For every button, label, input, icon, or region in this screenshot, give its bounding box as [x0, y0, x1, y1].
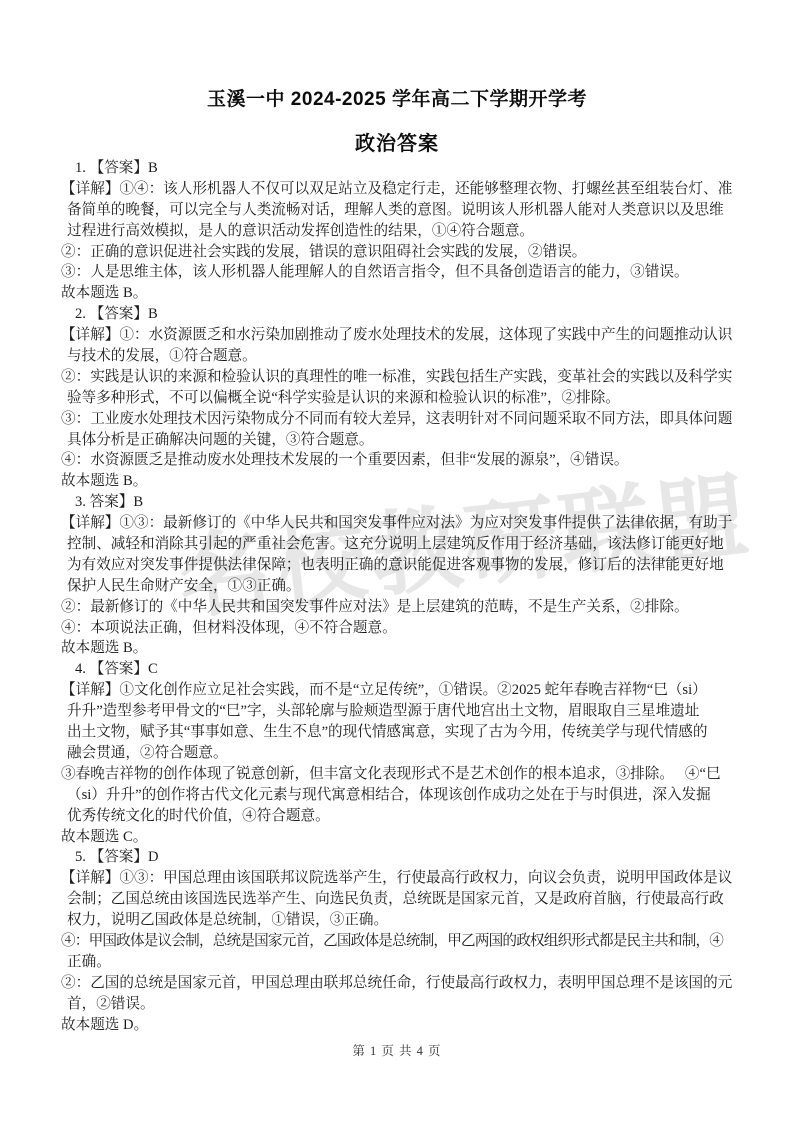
- text-line: 保护人民生命财产安全，①③正确。: [61, 576, 739, 597]
- text-line: 过程进行高效模拟，是人的意识活动发挥创造性的结果，①④符合题意。: [61, 221, 739, 242]
- text-line: 会制；乙国总统由该国选民选举产生、向选民负责，总统既是国家元首，又是政府首脑，行…: [61, 889, 739, 910]
- text-line: 与技术的发展，①符合题意。: [61, 346, 739, 367]
- document-page: 名校教研联盟 玉溪一中 2024-2025 学年高二下学期开学考 政治答案 1.…: [0, 0, 794, 1123]
- text-line: 故本题选 D。: [61, 1015, 739, 1036]
- text-line: 【详解】①④：该人形机器人不仅可以双足站立及稳定行走，还能够整理衣物、打螺丝甚至…: [61, 179, 739, 200]
- text-line: ②：乙国的总统是国家元首，甲国总理由联邦总统任命，行使最高行政权力，表明甲国总理…: [61, 973, 739, 994]
- text-line: 备简单的晚餐，可以完全与人类流畅对话，理解人类的意图。说明该人形机器人能对人类意…: [61, 200, 739, 221]
- text-line: ②：正确的意识促进社会实践的发展，错误的意识阻碍社会实践的发展，②错误。: [61, 242, 739, 263]
- document-subtitle: 政治答案: [0, 127, 794, 156]
- text-line: 首，②错误。: [61, 994, 739, 1015]
- text-line: ②：实践是认识的来源和检验认识的真理性的唯一标准，实践包括生产实践，变革社会的实…: [61, 367, 739, 388]
- text-line: 3. 答案】B: [61, 492, 739, 513]
- text-line: 【详解】①文化创作应立足社会实践，而不是“立足传统”，①错误。②2025 蛇年春…: [61, 680, 739, 701]
- text-line: ④：水资源匮乏是推动废水处理技术发展的一个重要因素，但非“发展的源泉”，④错误。: [61, 450, 739, 471]
- text-line: 验等多种形式，不可以偏概全说“科学实验是认识的来源和检验认识的标准”，②排除。: [61, 388, 739, 409]
- text-line: 1. 【答案】B: [61, 158, 739, 179]
- text-line: （si）升升”的创作将古代文化元素与现代寓意相结合，体现该创作成功之处在于与时俱…: [61, 785, 739, 806]
- text-line: 正确。: [61, 952, 739, 973]
- text-line: ③：工业废水处理技术因污染物成分不同而有较大差异，这表明针对不同问题采取不同方法…: [61, 409, 739, 430]
- text-line: 权力，说明乙国政体是总统制，①错误，③正确。: [61, 910, 739, 931]
- page-number-footer: 第 1 页 共 4 页: [0, 1041, 794, 1059]
- text-line: 故本题选 C。: [61, 827, 739, 848]
- text-line: 控制、减轻和消除其引起的严重社会危害。这充分说明上层建筑反作用于经济基础，该法修…: [61, 534, 739, 555]
- text-line: 5. 【答案】D: [61, 847, 739, 868]
- text-line: ③春晚吉祥物的创作体现了锐意创新，但丰富文化表现形式不是艺术创作的根本追求，③排…: [61, 764, 739, 785]
- text-line: 故本题选 B。: [61, 638, 739, 659]
- text-line: 【详解】①：水资源匮乏和水污染加剧推动了废水处理技术的发展，这体现了实践中产生的…: [61, 325, 739, 346]
- text-line: ④：本项说法正确，但材料没体现，④不符合题意。: [61, 618, 739, 639]
- answer-key-body: 1. 【答案】B【详解】①④：该人形机器人不仅可以双足站立及稳定行走，还能够整理…: [61, 158, 739, 1035]
- text-line: ④：甲国政体是议会制，总统是国家元首，乙国政体是总统制，甲乙两国的政权组织形式都…: [61, 931, 739, 952]
- text-line: 4. 【答案】C: [61, 659, 739, 680]
- text-line: 优秀传统文化的时代价值，④符合题意。: [61, 806, 739, 827]
- text-line: ③：人是思维主体，该人形机器人能理解人的自然语言指令，但不具备创造语言的能力，③…: [61, 262, 739, 283]
- text-line: 【详解】①③：甲国总理由该国联邦议院选举产生，行使最高行政权力，向议会负责，说明…: [61, 868, 739, 889]
- text-line: 故本题选 B。: [61, 283, 739, 304]
- text-line: 【详解】①③：最新修订的《中华人民共和国突发事件应对法》为应对突发事件提供了法律…: [61, 513, 739, 534]
- text-line: 升升”造型参考甲骨文的“巳”字，头部轮廓与脸颊造型源于唐代地宫出土文物，眉眼取自…: [61, 701, 739, 722]
- document-title: 玉溪一中 2024-2025 学年高二下学期开学考: [0, 84, 794, 111]
- text-line: 具体分析是正确解决问题的关键，③符合题意。: [61, 430, 739, 451]
- text-line: ②：最新修订的《中华人民共和国突发事件应对法》是上层建筑的范畴，不是生产关系，②…: [61, 597, 739, 618]
- text-line: 融会贯通，②符合题意。: [61, 743, 739, 764]
- text-line: 故本题选 B。: [61, 471, 739, 492]
- text-line: 为有效应对突发事件提供法律保障；也表明正确的意识能促进客观事物的发展，修订后的法…: [61, 555, 739, 576]
- text-line: 2. 【答案】B: [61, 304, 739, 325]
- text-line: 出土文物，赋予其“事事如意、生生不息”的现代情感寓意，实现了古为今用，传统美学与…: [61, 722, 739, 743]
